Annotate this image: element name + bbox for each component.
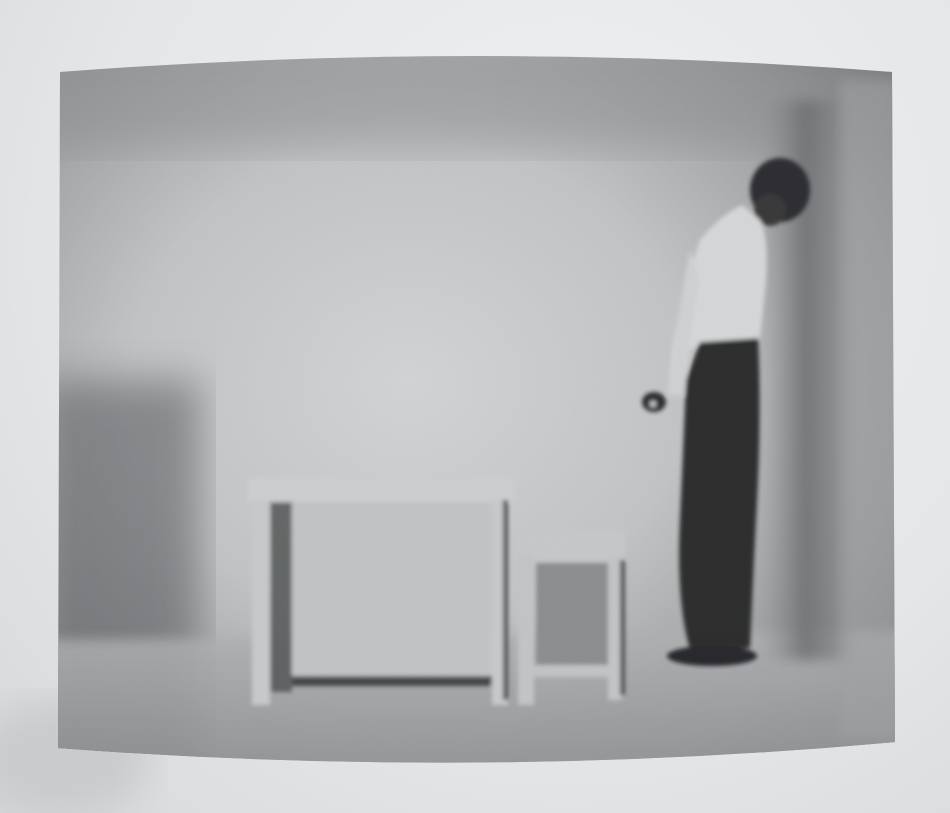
video-still [0,0,950,813]
photo-frame [0,0,950,813]
screen-grain [40,40,920,800]
